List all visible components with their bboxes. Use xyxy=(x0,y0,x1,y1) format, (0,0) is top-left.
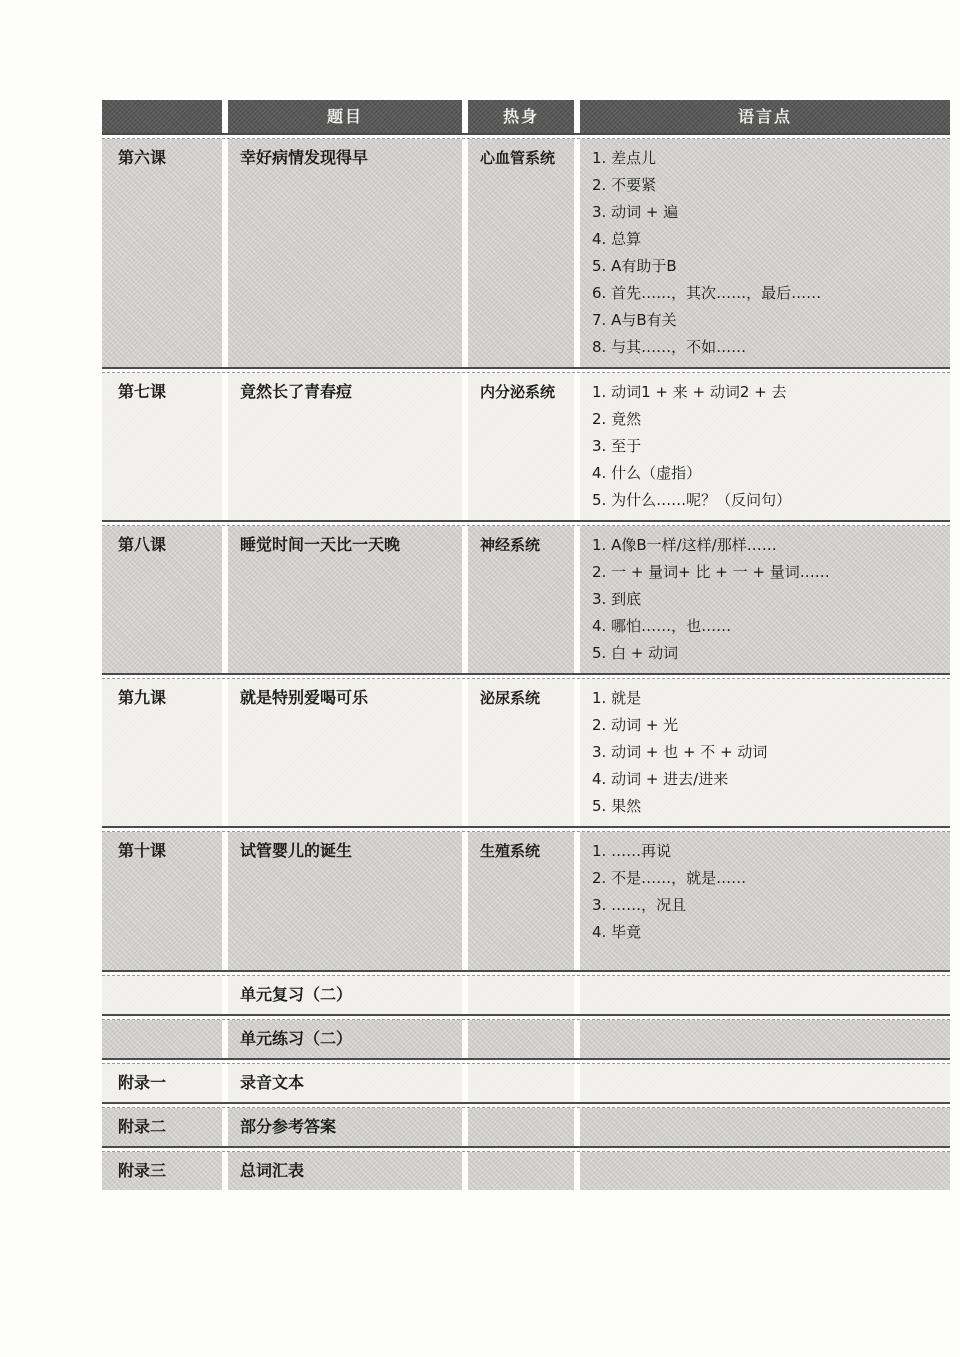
language-point-line: 3. 动词 + 遍 xyxy=(592,199,942,226)
language-points: 1. ……再说2. 不是……，就是……3. ……，况且4. 毕竟 xyxy=(580,832,950,970)
lesson-title: 单元练习（二） xyxy=(228,1020,462,1058)
lesson-label: 第八课 xyxy=(102,526,222,673)
table-row: 单元练习（二） xyxy=(102,1020,950,1058)
table-row: 第九课 就是特别爱喝可乐 泌尿系统 1. 就是2. 动词 + 光3. 动词 + … xyxy=(102,679,950,826)
lesson-label xyxy=(102,1020,222,1058)
lesson-title: 幸好病情发现得早 xyxy=(228,139,462,367)
table-row: 第七课 竟然长了青春痘 内分泌系统 1. 动词1 + 来 + 动词2 + 去2.… xyxy=(102,373,950,520)
column-header-title: 题目 xyxy=(228,100,462,133)
language-point-line: 3. ……，况且 xyxy=(592,892,942,919)
lesson-label: 第九课 xyxy=(102,679,222,826)
lesson-label: 附录二 xyxy=(102,1108,222,1146)
language-point-line: 2. 不是……，就是…… xyxy=(592,865,942,892)
language-points: 1. 动词1 + 来 + 动词2 + 去2. 竟然3. 至于4. 什么（虚指）5… xyxy=(580,373,950,520)
table-row: 附录二 部分参考答案 xyxy=(102,1108,950,1146)
language-point-line: 1. 差点儿 xyxy=(592,145,942,172)
warmup-topic xyxy=(468,1108,574,1146)
language-point-line: 3. 动词 + 也 + 不 + 动词 xyxy=(592,739,942,766)
language-point-line: 7. A与B有关 xyxy=(592,307,942,334)
lesson-title: 总词汇表 xyxy=(228,1152,462,1190)
lesson-title: 竟然长了青春痘 xyxy=(228,373,462,520)
language-point-line: 1. ……再说 xyxy=(592,838,942,865)
language-point-line: 2. 竟然 xyxy=(592,406,942,433)
language-point-line: 1. 就是 xyxy=(592,685,942,712)
language-points: 1. 差点儿2. 不要紧3. 动词 + 遍4. 总算5. A有助于B6. 首先…… xyxy=(580,139,950,367)
language-point-line: 3. 至于 xyxy=(592,433,942,460)
lesson-label: 附录一 xyxy=(102,1064,222,1102)
warmup-topic: 生殖系统 xyxy=(468,832,574,970)
language-points xyxy=(580,976,950,1014)
warmup-topic xyxy=(468,976,574,1014)
language-point-line: 5. 果然 xyxy=(592,793,942,820)
contents-table: 题目 热身 语言点 第六课 幸好病情发现得早 心血管系统 1. 差点儿2. 不要… xyxy=(102,100,950,1190)
table-body: 第六课 幸好病情发现得早 心血管系统 1. 差点儿2. 不要紧3. 动词 + 遍… xyxy=(102,133,950,1190)
lesson-label: 第七课 xyxy=(102,373,222,520)
table-row: 单元复习（二） xyxy=(102,976,950,1014)
language-point-line: 4. 动词 + 进去/进来 xyxy=(592,766,942,793)
language-point-line: 2. 一 + 量词+ 比 + 一 + 量词…… xyxy=(592,559,942,586)
language-points xyxy=(580,1108,950,1146)
lesson-title: 就是特别爱喝可乐 xyxy=(228,679,462,826)
lesson-title: 试管婴儿的诞生 xyxy=(228,832,462,970)
language-point-line: 6. 首先……，其次……，最后…… xyxy=(592,280,942,307)
warmup-topic: 泌尿系统 xyxy=(468,679,574,826)
lesson-label: 附录三 xyxy=(102,1152,222,1190)
lesson-title: 睡觉时间一天比一天晚 xyxy=(228,526,462,673)
language-points xyxy=(580,1152,950,1190)
language-point-line: 2. 动词 + 光 xyxy=(592,712,942,739)
warmup-topic: 神经系统 xyxy=(468,526,574,673)
table-row: 第六课 幸好病情发现得早 心血管系统 1. 差点儿2. 不要紧3. 动词 + 遍… xyxy=(102,139,950,367)
language-point-line: 5. A有助于B xyxy=(592,253,942,280)
language-point-line: 5. 为什么……呢？（反问句） xyxy=(592,487,942,514)
language-point-line: 4. 总算 xyxy=(592,226,942,253)
warmup-topic xyxy=(468,1020,574,1058)
language-point-line: 1. 动词1 + 来 + 动词2 + 去 xyxy=(592,379,942,406)
language-point-line: 4. 哪怕……，也…… xyxy=(592,613,942,640)
lesson-title: 录音文本 xyxy=(228,1064,462,1102)
lesson-label: 第六课 xyxy=(102,139,222,367)
table-header-row: 题目 热身 语言点 xyxy=(102,100,950,133)
column-header-language-points: 语言点 xyxy=(580,100,950,133)
warmup-topic xyxy=(468,1064,574,1102)
language-point-line: 4. 毕竟 xyxy=(592,919,942,946)
language-points xyxy=(580,1020,950,1058)
table-row: 附录一 录音文本 xyxy=(102,1064,950,1102)
lesson-title: 单元复习（二） xyxy=(228,976,462,1014)
language-points: 1. A像B一样/这样/那样……2. 一 + 量词+ 比 + 一 + 量词……3… xyxy=(580,526,950,673)
language-point-line: 1. A像B一样/这样/那样…… xyxy=(592,532,942,559)
warmup-topic: 心血管系统 xyxy=(468,139,574,367)
warmup-topic xyxy=(468,1152,574,1190)
table-row: 第八课 睡觉时间一天比一天晚 神经系统 1. A像B一样/这样/那样……2. 一… xyxy=(102,526,950,673)
table-row: 附录三 总词汇表 xyxy=(102,1152,950,1190)
language-point-line: 8. 与其……，不如…… xyxy=(592,334,942,361)
language-point-line: 5. 白 + 动词 xyxy=(592,640,942,667)
language-points: 1. 就是2. 动词 + 光3. 动词 + 也 + 不 + 动词4. 动词 + … xyxy=(580,679,950,826)
language-point-line: 3. 到底 xyxy=(592,586,942,613)
column-header-lesson xyxy=(102,100,222,133)
lesson-label: 第十课 xyxy=(102,832,222,970)
warmup-topic: 内分泌系统 xyxy=(468,373,574,520)
column-header-warmup: 热身 xyxy=(468,100,574,133)
language-point-line: 4. 什么（虚指） xyxy=(592,460,942,487)
language-points xyxy=(580,1064,950,1102)
language-point-line: 2. 不要紧 xyxy=(592,172,942,199)
lesson-title: 部分参考答案 xyxy=(228,1108,462,1146)
table-row: 第十课 试管婴儿的诞生 生殖系统 1. ……再说2. 不是……，就是……3. …… xyxy=(102,832,950,970)
lesson-label xyxy=(102,976,222,1014)
